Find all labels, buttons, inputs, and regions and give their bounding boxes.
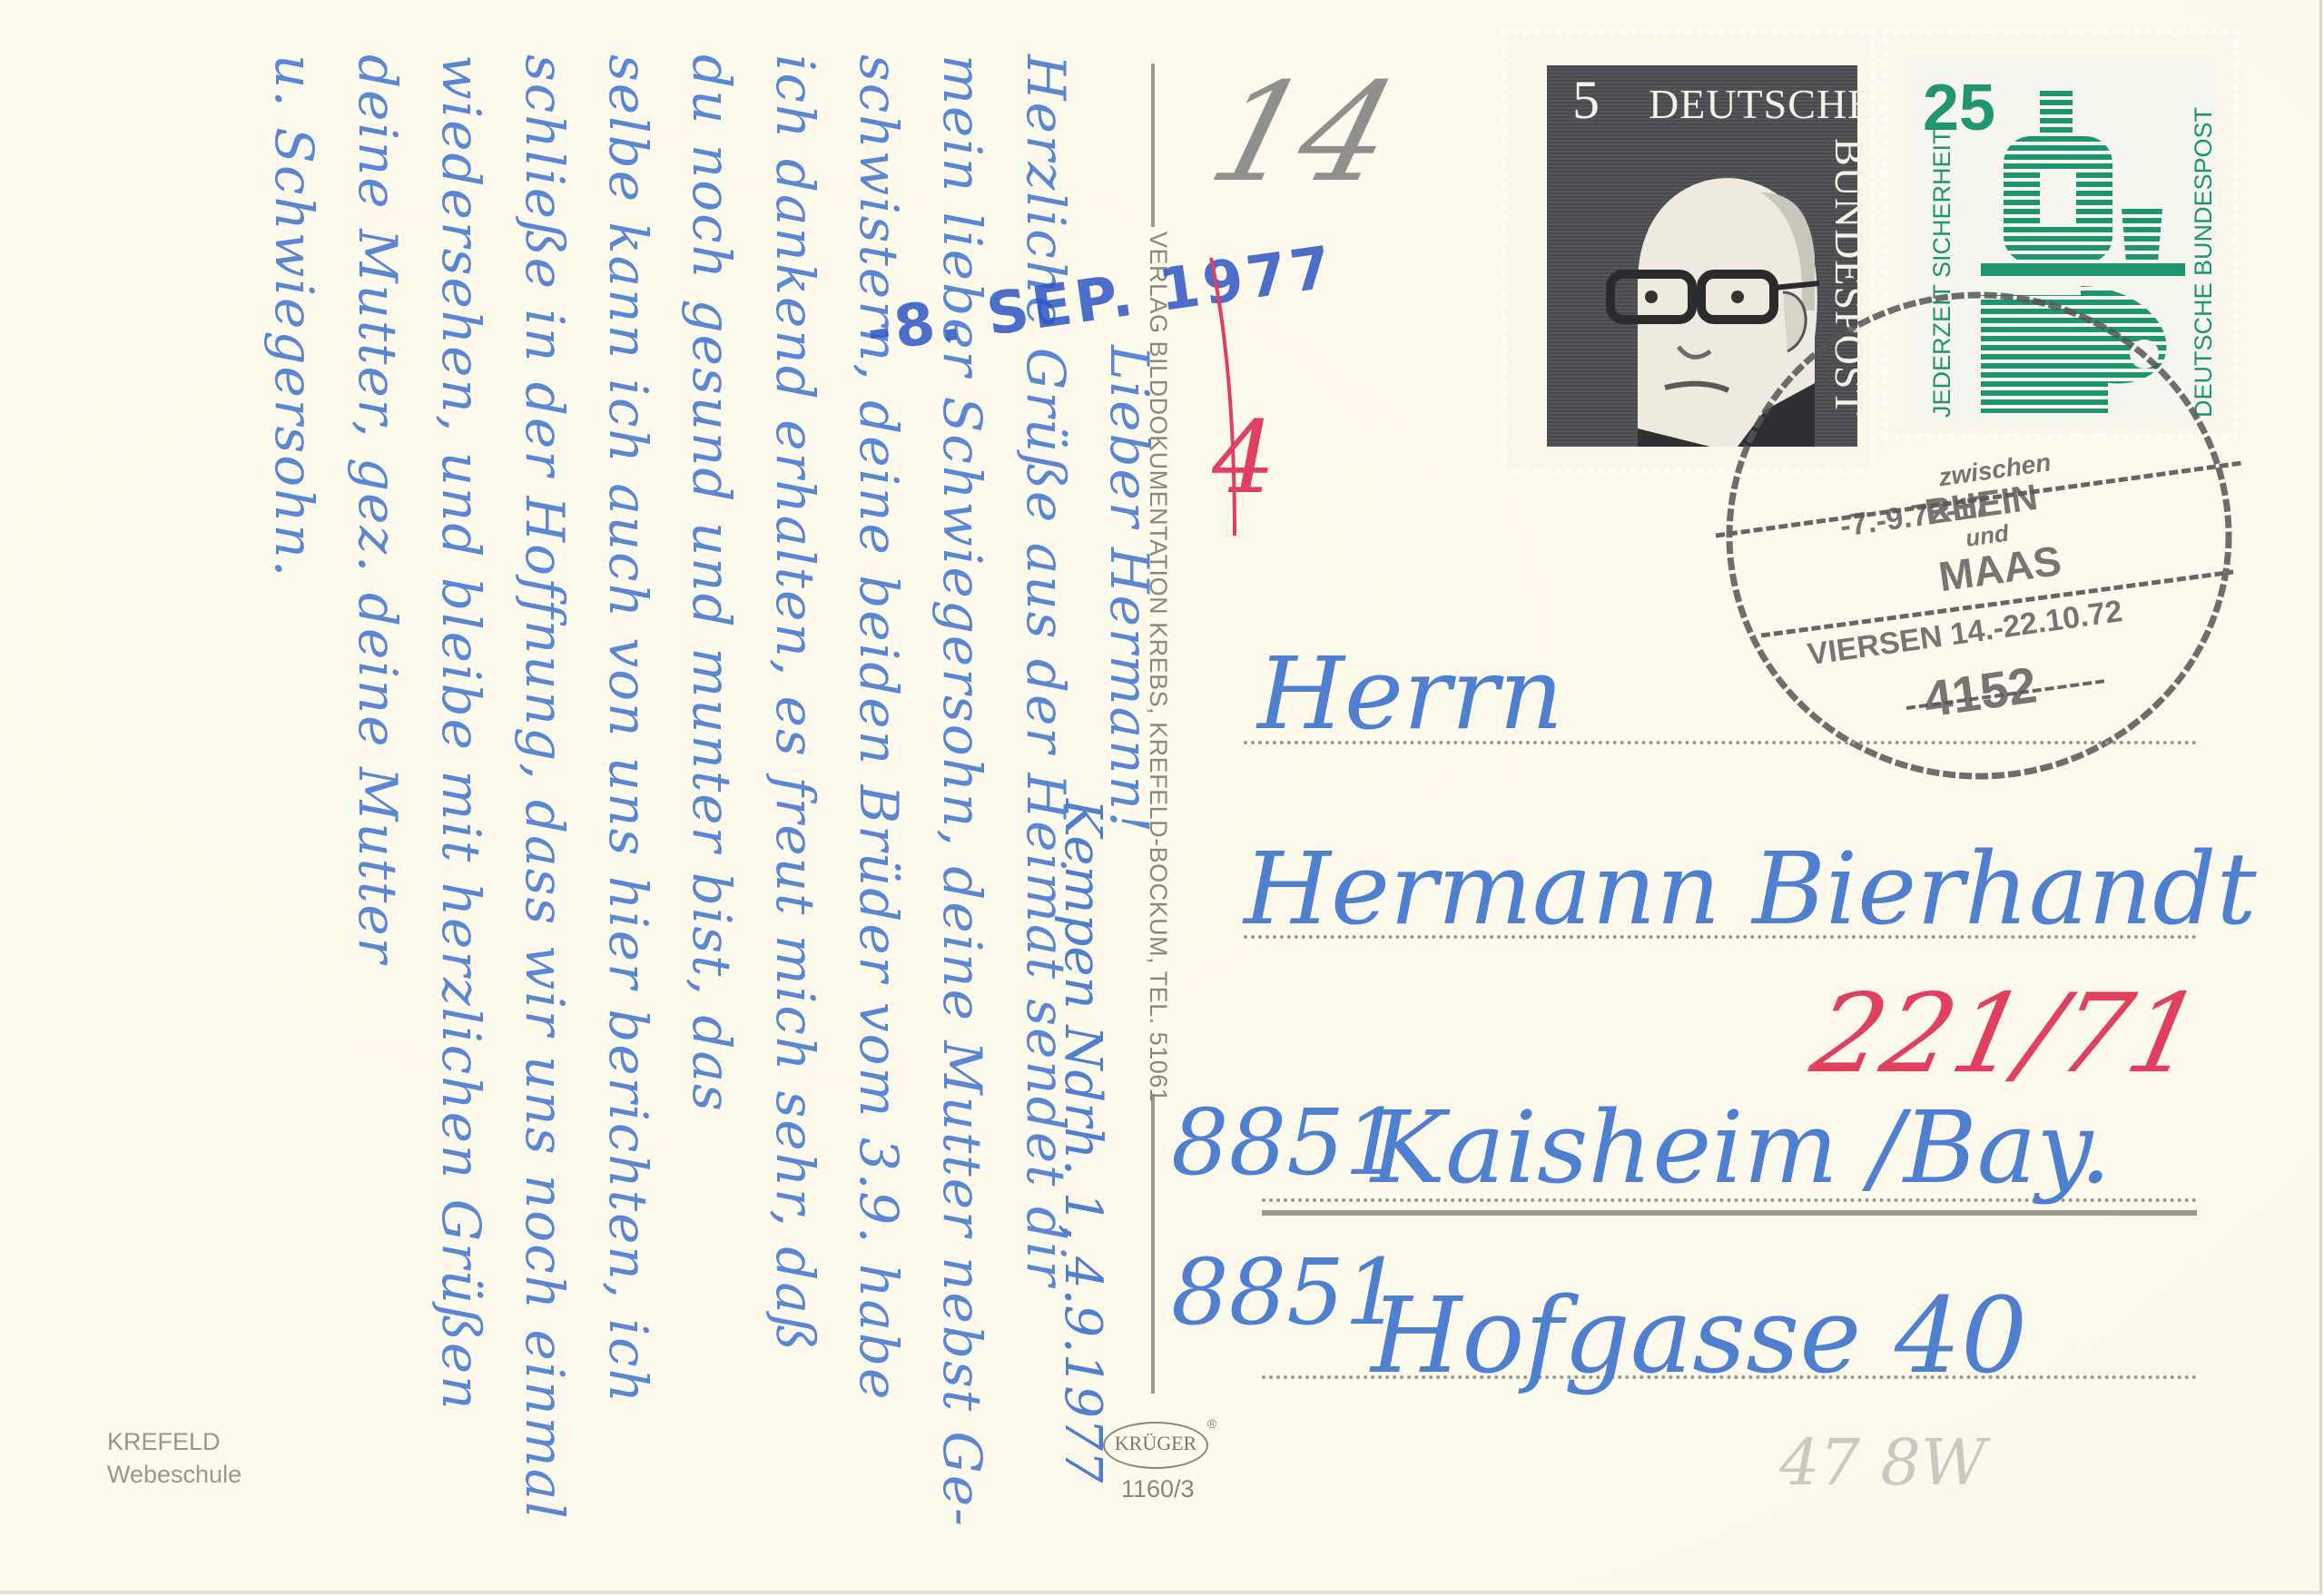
divider-line xyxy=(1151,1094,1155,1394)
card-number: 1160/3 xyxy=(1121,1475,1195,1503)
address-salutation: Herrn xyxy=(1257,635,1563,752)
message-line: ich dankend erhalten, es freut mich sehr… xyxy=(753,54,837,1528)
publisher-imprint: VERLAG BILDDOKUMENTATION KREBS, KREFELD-… xyxy=(1144,232,1172,1102)
message-signature: u. Schwiegersohn. xyxy=(252,54,336,1528)
message-line: mein lieber Schwiegersohn, deine Mutter … xyxy=(921,54,1004,1528)
address-city: Kaisheim /Bay. xyxy=(1371,1089,2112,1206)
message-line: schwistern, deine beiden Brüder vom 3.9.… xyxy=(837,54,921,1528)
address-street: Hofgasse 40 xyxy=(1371,1276,2027,1397)
message-line: deine Mutter, gez. deine Mutter xyxy=(336,54,419,1528)
postmark-slogan: MAAS xyxy=(1935,537,2063,600)
address-postcode: 8851 xyxy=(1171,1089,1403,1196)
archive-number: 221/71 xyxy=(1802,971,2212,1098)
picture-caption: KREFELD Webeschule xyxy=(107,1425,241,1491)
message-line: du noch gesund und munter bist, das xyxy=(670,54,753,1528)
divider-line xyxy=(1151,64,1155,227)
postcard: Lieber Hermann! Herzliche Grüße aus der … xyxy=(0,0,2322,1594)
address-name: Hermann Bierhandt xyxy=(1244,831,2257,947)
message-line: wiedersehen, und bleibe mit herzlichen G… xyxy=(419,54,503,1528)
printer-logo: KRÜGER xyxy=(1103,1422,1208,1469)
postmark: -7.-9.72-17 zwischen RHEIN und MAAS VIER… xyxy=(1707,281,2251,790)
stamp-country: DEUTSCHE xyxy=(1649,80,1874,128)
caption-subject: Webeschule xyxy=(107,1458,241,1491)
message-line: selbe kann ich auch von uns hier bericht… xyxy=(586,54,670,1528)
message-line: schließe in der Hoffnung, dass wir uns n… xyxy=(503,54,586,1528)
address-postcode-repeat: 8851 xyxy=(1171,1239,1403,1345)
red-line-icon xyxy=(1207,254,1262,545)
stamp-value: 5 xyxy=(1572,69,1600,132)
postmark-event: VIERSEN 14.-22.10.72 xyxy=(1806,594,2125,672)
registered-mark: ® xyxy=(1207,1416,1216,1431)
address-line-solid xyxy=(1262,1210,2197,1216)
postmark-postcode: 4152 xyxy=(1920,655,2040,728)
pencil-mark-bottom: 47 8W xyxy=(1779,1425,1986,1500)
place-date: Kempen Ndrh. 1, 4.9.1977 xyxy=(1053,799,1112,1483)
caption-city: KREFELD xyxy=(107,1425,241,1458)
